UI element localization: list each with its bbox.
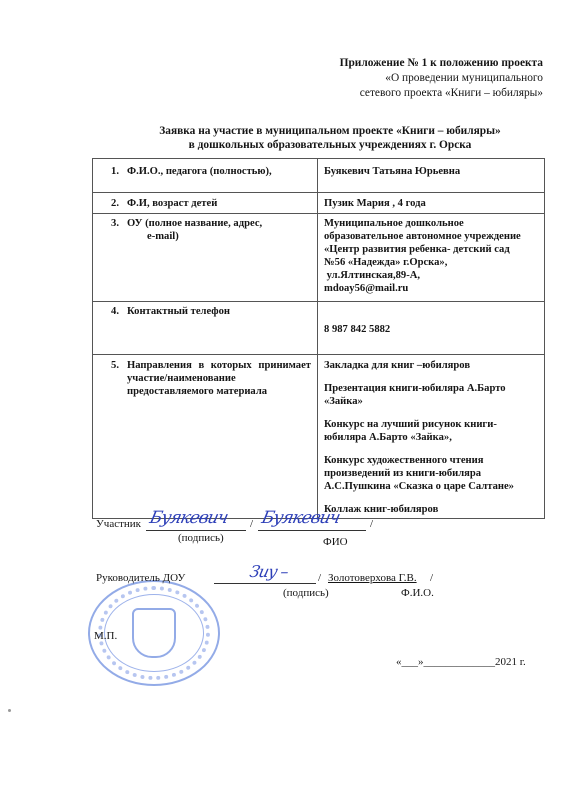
row-label: 3.ОУ (полное название, адрес, e-mail) <box>93 214 318 302</box>
row-value: Закладка для книг –юбиляров Презентация … <box>318 355 545 519</box>
row-number: 4. <box>99 305 119 318</box>
name-caption: ФИО <box>323 536 348 548</box>
annex-line-2: «О проведении муниципального <box>340 71 543 86</box>
date-year: 2021 г. <box>495 656 526 668</box>
row-label-text: ОУ (полное название, адрес, <box>127 218 262 229</box>
signature-caption: (подпись) <box>283 587 329 599</box>
date-day: «___» <box>396 656 424 668</box>
participant-signature: Буякевич <box>148 508 230 528</box>
annex-header: Приложение № 1 к положению проекта «О пр… <box>340 56 543 101</box>
row-label: 1.Ф.И.О., педагога (полностью), <box>93 159 318 193</box>
row-label-text: Ф.И.О., педагога (полностью), <box>127 166 272 177</box>
annex-line-3: сетевого проекта «Книги – юбиляры» <box>340 86 543 101</box>
separator-slash: / <box>318 572 321 584</box>
row-label-text: Контактный телефон <box>127 306 230 317</box>
teacher-name: Буякевич Татьяна Юрьевна <box>324 166 460 177</box>
contact-phone: 8 987 842 5882 <box>324 323 538 336</box>
row-label: 5. Направления в которых принимает участ… <box>93 355 318 519</box>
row-number: 2. <box>99 197 119 210</box>
table-row: 5. Направления в которых принимает участ… <box>93 355 545 519</box>
org-line: №56 «Надежда» г.Орска», <box>324 256 538 269</box>
row-label-text: Ф.И, возраст детей <box>127 198 217 209</box>
org-line: Муниципальное дошкольное <box>324 217 538 230</box>
separator-slash: / <box>370 518 373 530</box>
participant-signature-line <box>146 530 246 531</box>
participant-name-handwritten: Буякевич <box>260 508 342 528</box>
head-signature-line <box>214 583 316 584</box>
table-row: 4.Контактный телефон 8 987 842 5882 <box>93 302 545 355</box>
org-address: ул.Ялтинская,89-А, <box>324 269 538 282</box>
activity-item: Конкурс художественного чтения произведе… <box>324 454 538 493</box>
activity-item: Коллаж книг-юбиляров <box>324 503 538 516</box>
date-month: _____________ <box>424 656 496 668</box>
title-line-2: в дошкольных образовательных учреждениях… <box>130 138 530 152</box>
participant-label: Участник <box>96 518 141 530</box>
head-name: Золотоверхова Г.В. <box>328 572 417 584</box>
row-number: 1. <box>99 165 119 178</box>
activity-item: Конкурс на лучший рисунок книги-юбиляра … <box>324 418 538 444</box>
org-line: «Центр развития ребенка- детский сад <box>324 243 538 256</box>
head-label: Руководитель ДОУ <box>96 572 185 584</box>
stamp-place-label: М.П. <box>94 630 117 642</box>
row-label-text: Направления в которых принимает участие/… <box>99 359 311 398</box>
separator-slash: / <box>430 572 433 584</box>
table-row: 3.ОУ (полное название, адрес, e-mail) Му… <box>93 214 545 302</box>
name-caption: Ф.И.О. <box>401 587 434 599</box>
activity-item: Презентация книги-юбиляра А.Барто «Зайка… <box>324 382 538 408</box>
activity-item: Закладка для книг –юбиляров <box>324 359 538 372</box>
table-row: 1.Ф.И.О., педагога (полностью), Буякевич… <box>93 159 545 193</box>
row-label: 2.Ф.И, возраст детей <box>93 193 318 214</box>
row-number: 5. <box>99 359 119 372</box>
date-line: «___»_____________2021 г. <box>396 656 526 668</box>
separator-slash: / <box>250 518 253 530</box>
row-value: Буякевич Татьяна Юрьевна <box>318 159 545 193</box>
document-title: Заявка на участие в муниципальном проект… <box>130 124 530 152</box>
row-label: 4.Контактный телефон <box>93 302 318 355</box>
row-value: Пузик Мария , 4 года <box>318 193 545 214</box>
row-value: Муниципальное дошкольное образовательное… <box>318 214 545 302</box>
participant-name-line <box>258 530 366 531</box>
head-signature: Зиу – <box>248 562 290 581</box>
row-value: 8 987 842 5882 <box>318 302 545 355</box>
annex-line-1: Приложение № 1 к положению проекта <box>340 56 543 71</box>
row-label-text-2: e-mail) <box>99 230 311 243</box>
org-line: образовательное автономное учреждение <box>324 230 538 243</box>
child-name-age: Пузик Мария , 4 года <box>324 198 426 209</box>
application-table: 1.Ф.И.О., педагога (полностью), Буякевич… <box>92 158 545 519</box>
signature-caption: (подпись) <box>178 532 224 544</box>
scan-speck <box>8 709 11 712</box>
title-line-1: Заявка на участие в муниципальном проект… <box>130 124 530 138</box>
table-row: 2.Ф.И, возраст детей Пузик Мария , 4 год… <box>93 193 545 214</box>
row-number: 3. <box>99 217 119 230</box>
org-email: mdoay56@mail.ru <box>324 282 538 295</box>
